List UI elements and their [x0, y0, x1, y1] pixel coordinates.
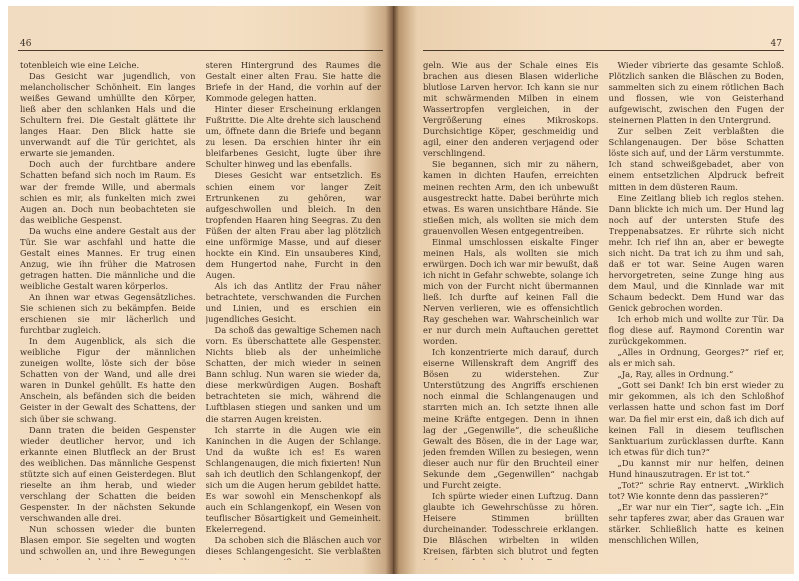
paragraph: Nun schossen wieder die bunten Blasen em…: [20, 524, 196, 560]
paragraph: Ich erhob mich und wollte zur Tür. Da fl…: [609, 314, 785, 347]
text-columns: totenbleich wie eine Leiche. Das Gesicht…: [20, 60, 381, 560]
text-column-2: steren Hintergrund des Raumes die Gestal…: [206, 60, 382, 560]
text-column-2: Wieder vibrierte das gesamte Schloß. Plö…: [609, 60, 785, 560]
paragraph: „Gott sei Dank! Ich bin erst wieder zu m…: [609, 380, 785, 457]
paragraph: Doch auch der furchtbare andere Schatten…: [20, 159, 196, 225]
paragraph: „Er war nur ein Tier“, sagte ich. „Ein s…: [609, 502, 785, 546]
right-page: 47 geln. Wie aus der Schale eines Eis br…: [393, 6, 794, 574]
paragraph: steren Hintergrund des Raumes die Gestal…: [206, 60, 382, 104]
paragraph: totenbleich wie eine Leiche.: [20, 60, 196, 71]
left-page: 46 totenbleich wie eine Leiche. Das Gesi…: [8, 6, 393, 574]
paragraph: Dann traten die beiden Gespenster wieder…: [20, 425, 196, 524]
paragraph: Einmal umschlossen eiskalte Finger meine…: [423, 237, 599, 347]
page-header-rule: 47: [423, 36, 784, 51]
paragraph: „Alles in Ordnung, Georges?“ rief er, al…: [609, 347, 785, 369]
paragraph: „Tot?“ schrie Ray entnervt. „Wirklich to…: [609, 480, 785, 502]
paragraph: Dieses Gesicht war entsetzlich. Es schie…: [206, 170, 382, 280]
paragraph: „Du kannst mir nur helfen, deinen Hund h…: [609, 458, 785, 480]
text-column-1: totenbleich wie eine Leiche. Das Gesicht…: [20, 60, 196, 560]
paragraph: Ich starrte in die Augen wie ein Kaninch…: [206, 425, 382, 535]
paragraph: „Ja, Ray, alles in Ordnung.“: [609, 369, 785, 380]
paragraph: Zur selben Zeit verblaßten die Schlangen…: [609, 126, 785, 192]
page-header-rule: 46: [18, 36, 383, 51]
paragraph: geln. Wie aus der Schale eines Eis brach…: [423, 60, 599, 159]
book-spread: 46 totenbleich wie eine Leiche. Das Gesi…: [8, 6, 794, 574]
page-number: 46: [20, 39, 31, 49]
paragraph: An ihnen war etwas Gegensätzliches. Sie …: [20, 292, 196, 336]
paragraph: Sie begannen, sich mir zu nähern, kamen …: [423, 159, 599, 236]
paragraph: Wieder vibrierte das gesamte Schloß. Plö…: [609, 60, 785, 126]
paragraph: In dem Augenblick, als sich die weiblich…: [20, 336, 196, 424]
text-columns: geln. Wie aus der Schale eines Eis brach…: [423, 60, 784, 560]
paragraph: Ich konzentrierte mich darauf, durch eis…: [423, 347, 599, 491]
text-column-1: geln. Wie aus der Schale eines Eis brach…: [423, 60, 599, 560]
paragraph: Ich spürte wieder einen Luftzug. Dann gl…: [423, 491, 599, 560]
page-number: 47: [771, 39, 782, 49]
paragraph: Hinter dieser Erscheinung erklangen Fußt…: [206, 104, 382, 170]
paragraph: Da schoben sich die Bläschen auch vor di…: [206, 535, 382, 560]
paragraph: Da wuchs eine andere Gestalt aus der Tür…: [20, 226, 196, 292]
paragraph: Das Gesicht war jugendlich, von melancho…: [20, 71, 196, 159]
paragraph: Eine Zeitlang blieb ich reglos stehen. D…: [609, 193, 785, 315]
paragraph: Als ich das Antlitz der Frau näher betra…: [206, 281, 382, 325]
paragraph: Da schoß das gewaltige Schemen nach vorn…: [206, 325, 382, 424]
